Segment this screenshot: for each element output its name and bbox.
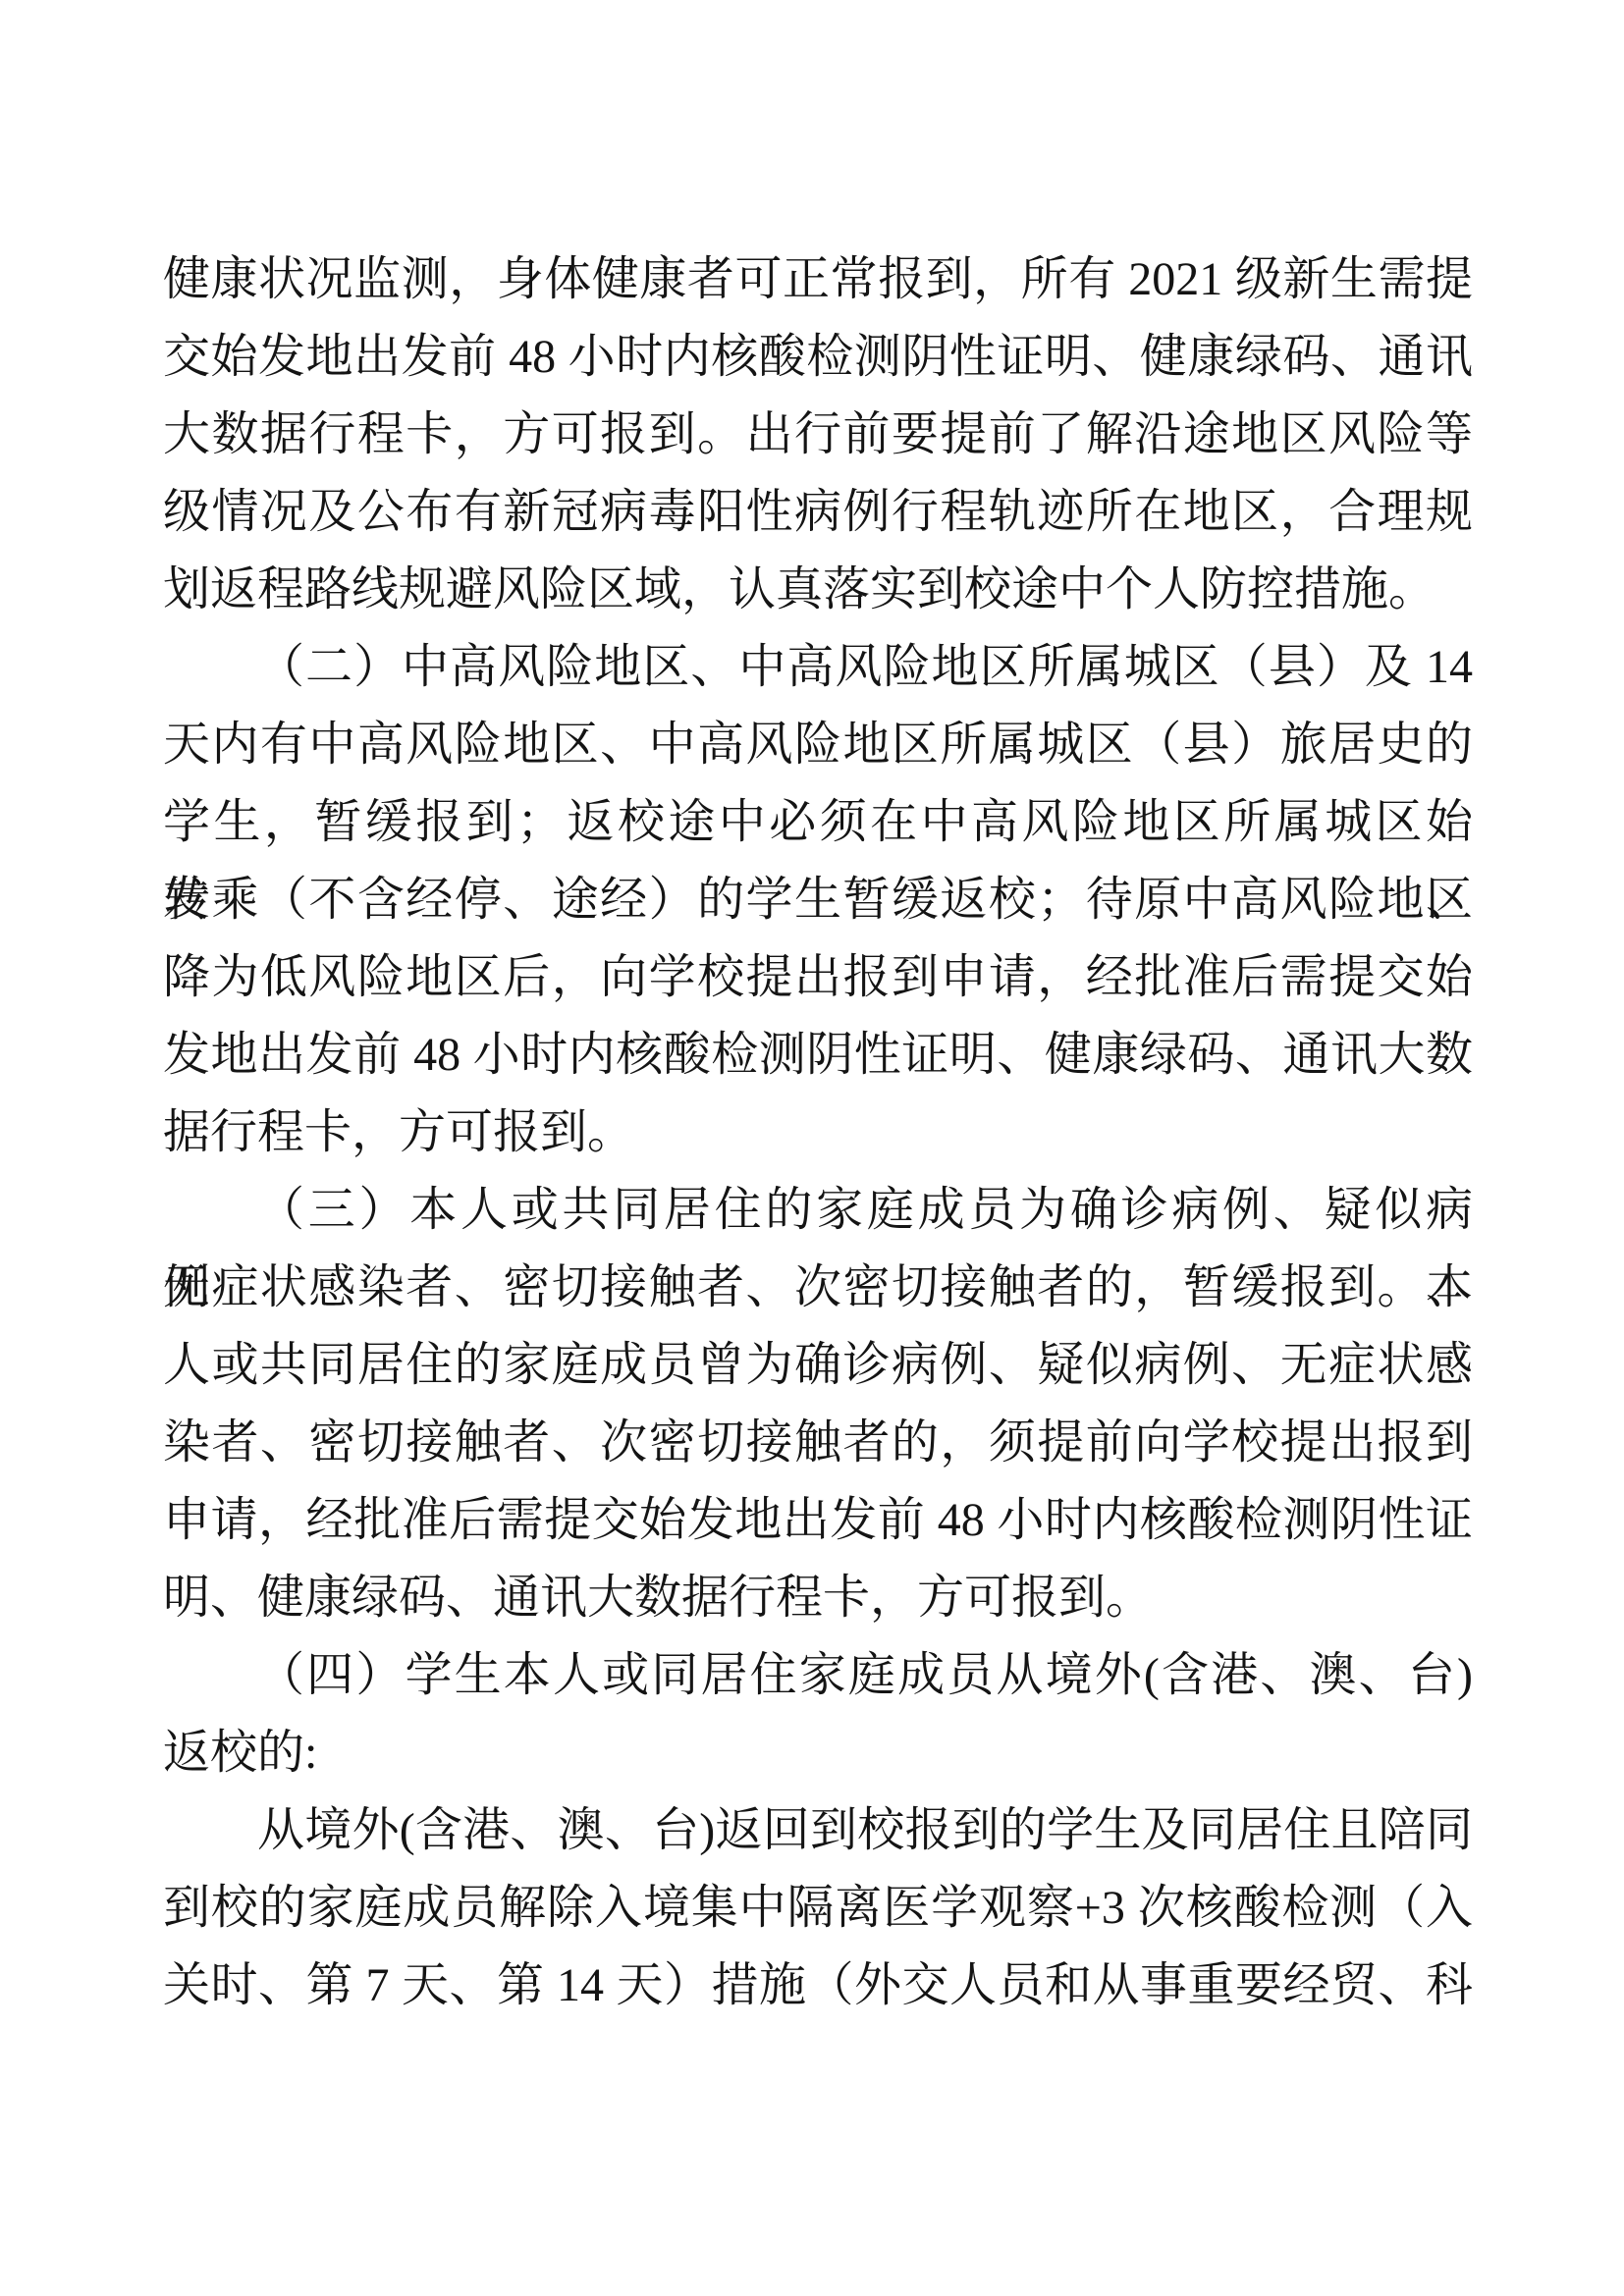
text-line-9: 转乘（不含经停、途经）的学生暂缓返校；待原中高风险地区 — [163, 861, 1473, 938]
text-line-22: 到校的家庭成员解除入境集中隔离医学观察+3 次核酸检测（入 — [163, 1869, 1473, 1947]
text-line-13: （三）本人或共同居住的家庭成员为确诊病例、疑似病例、 — [163, 1171, 1473, 1249]
text-line-7: 天内有中高风险地区、中高风险地区所属城区（县）旅居史的 — [163, 706, 1473, 783]
text-line-14: 无症状感染者、密切接触者、次密切接触者的，暂缓报到。本 — [163, 1249, 1473, 1326]
document-body: 健康状况监测，身体健康者可正常报到，所有 2021 级新生需提交始发地出发前 4… — [163, 240, 1473, 2024]
text-line-19: （四）学生本人或同居住家庭成员从境外(含港、澳、台) — [163, 1636, 1473, 1714]
text-line-12: 据行程卡，方可报到。 — [163, 1094, 1473, 1171]
text-line-21: 从境外(含港、澳、台)返回到校报到的学生及同居住且陪同 — [163, 1791, 1473, 1869]
text-line-18: 明、健康绿码、通讯大数据行程卡，方可报到。 — [163, 1559, 1473, 1636]
text-line-17: 申请，经批准后需提交始发地出发前 48 小时内核酸检测阴性证 — [163, 1481, 1473, 1559]
text-line-16: 染者、密切接触者、次密切接触者的，须提前向学校提出报到 — [163, 1404, 1473, 1481]
text-line-11: 发地出发前 48 小时内核酸检测阴性证明、健康绿码、通讯大数 — [163, 1016, 1473, 1094]
text-line-20: 返校的: — [163, 1714, 1473, 1791]
text-line-3: 大数据行程卡，方可报到。出行前要提前了解沿途地区风险等 — [163, 396, 1473, 473]
text-line-6: （二）中高风险地区、中高风险地区所属城区（县）及 14 — [163, 628, 1473, 706]
text-line-8: 学生，暂缓报到；返校途中必须在中高风险地区所属城区始发、 — [163, 783, 1473, 861]
text-line-2: 交始发地出发前 48 小时内核酸检测阴性证明、健康绿码、通讯 — [163, 318, 1473, 396]
text-line-5: 划返程路线规避风险区域，认真落实到校途中个人防控措施。 — [163, 551, 1473, 628]
text-line-4: 级情况及公布有新冠病毒阳性病例行程轨迹所在地区，合理规 — [163, 473, 1473, 551]
text-line-15: 人或共同居住的家庭成员曾为确诊病例、疑似病例、无症状感 — [163, 1326, 1473, 1404]
text-line-1: 健康状况监测，身体健康者可正常报到，所有 2021 级新生需提 — [163, 240, 1473, 318]
text-line-23: 关时、第 7 天、第 14 天）措施（外交人员和从事重要经贸、科 — [163, 1947, 1473, 2024]
document-page: 健康状况监测，身体健康者可正常报到，所有 2021 级新生需提交始发地出发前 4… — [0, 0, 1624, 2296]
text-line-10: 降为低风险地区后，向学校提出报到申请，经批准后需提交始 — [163, 938, 1473, 1016]
